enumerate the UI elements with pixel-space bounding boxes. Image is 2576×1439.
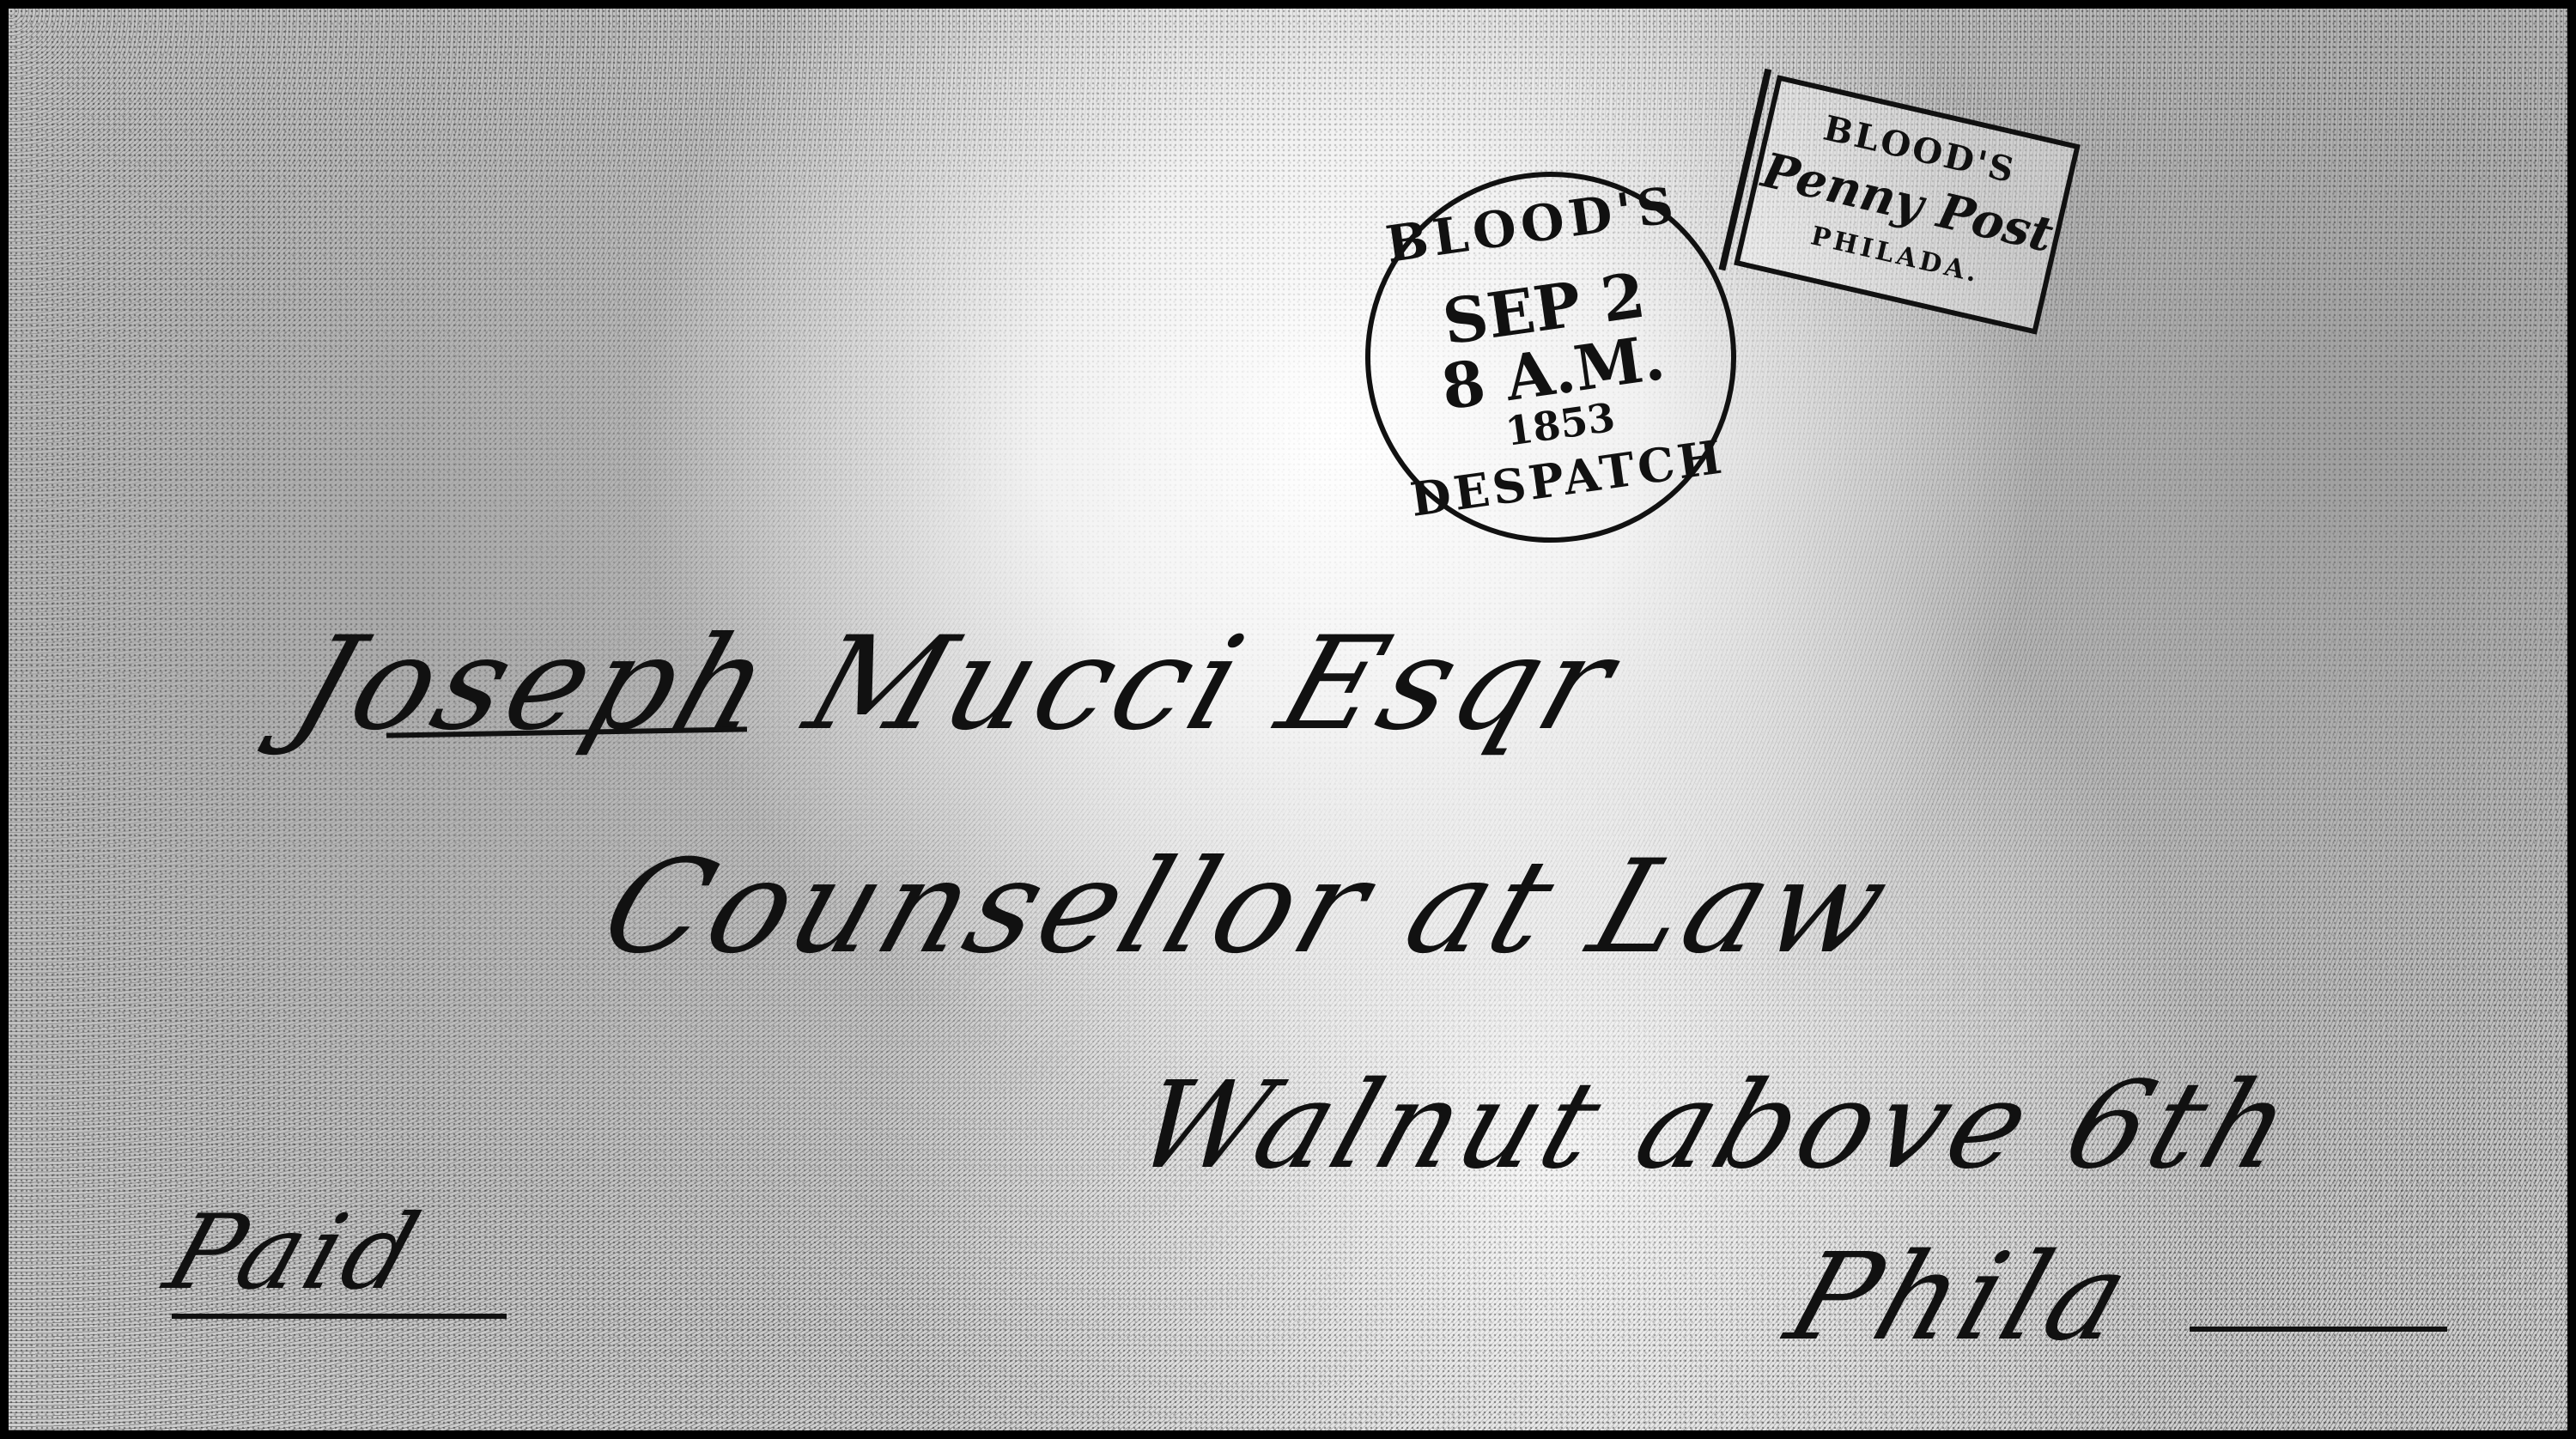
paid-underline <box>172 1314 507 1319</box>
address-line-3: Walnut above 6th <box>1120 1056 2312 1196</box>
address-line-1: Joseph Mucci Esqr <box>276 610 1636 759</box>
envelope-scan: BLOOD'S SEP 2 8 A.M. 1853 DESPATCH BLOOD… <box>9 9 2567 1430</box>
paid-annotation: Paid <box>152 1193 436 1313</box>
address-line-2: Counsellor at Law <box>586 833 1911 982</box>
address-line-4: Phila <box>1772 1228 2150 1368</box>
city-underline <box>2190 1327 2447 1332</box>
